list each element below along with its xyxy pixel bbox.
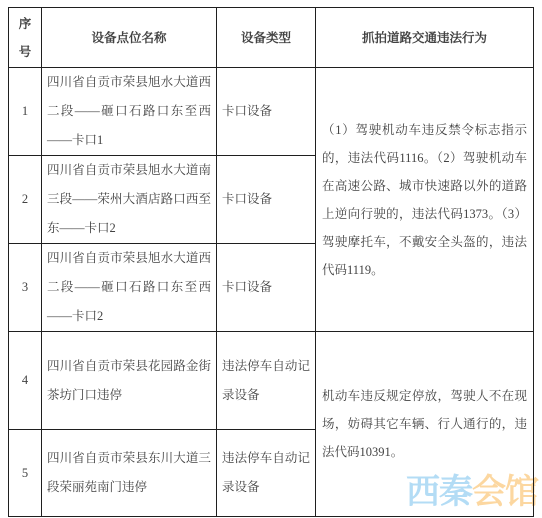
row4-name: 四川省自贡市荣县花园路金街茶坊门口违停 [42,332,217,430]
page: 西秦会馆 序号 设备点位名称 设备类型 抓拍道路交通违法行为 1 四川省自贡市荣… [0,0,542,518]
table-row: 4 四川省自贡市荣县花园路金街茶坊门口违停 违法停车自动记录设备 机动车违反规定… [9,332,534,430]
table-row: 1 四川省自贡市荣县旭水大道西二段——砸口石路口东至西——卡口1 卡口设备 （1… [9,68,534,156]
row5-seq: 5 [9,430,42,517]
header-violation: 抓拍道路交通违法行为 [316,8,534,68]
row2-name: 四川省自贡市荣县旭水大道南三段——荣州大酒店路口西至东——卡口2 [42,156,217,244]
violation-cell-2: 机动车违反规定停放，驾驶人不在现场，妨碍其它车辆、行人通行的，违法代码10391… [316,332,534,517]
violation-cell-1: （1）驾驶机动车违反禁令标志指示的，违法代码1116。（2）驾驶机动车在高速公路… [316,68,534,332]
row1-name: 四川省自贡市荣县旭水大道西二段——砸口石路口东至西——卡口1 [42,68,217,156]
row1-seq: 1 [9,68,42,156]
table-header-row: 序号 设备点位名称 设备类型 抓拍道路交通违法行为 [9,8,534,68]
header-seq: 序号 [9,8,42,68]
device-table: 序号 设备点位名称 设备类型 抓拍道路交通违法行为 1 四川省自贡市荣县旭水大道… [8,7,534,517]
row1-type: 卡口设备 [217,68,316,156]
row3-name: 四川省自贡市荣县旭水大道西二段——砸口石路口东至西——卡口2 [42,244,217,332]
row2-type: 卡口设备 [217,156,316,244]
row4-type: 违法停车自动记录设备 [217,332,316,430]
row5-type: 违法停车自动记录设备 [217,430,316,517]
header-name: 设备点位名称 [42,8,217,68]
row3-seq: 3 [9,244,42,332]
header-type: 设备类型 [217,8,316,68]
row2-seq: 2 [9,156,42,244]
row5-name: 四川省自贡市荣县东川大道三段荣丽苑南门违停 [42,430,217,517]
row4-seq: 4 [9,332,42,430]
row3-type: 卡口设备 [217,244,316,332]
